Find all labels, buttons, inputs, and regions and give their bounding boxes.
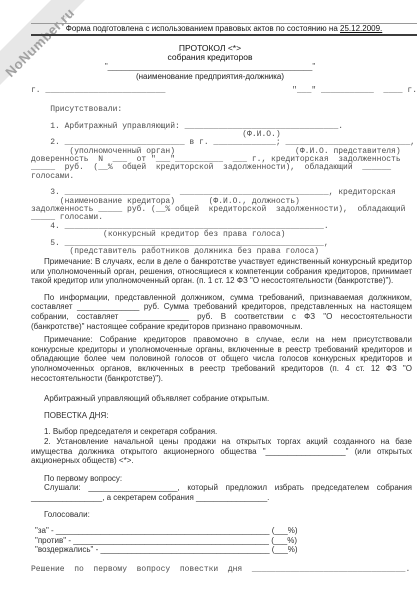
first-question-heading: По первому вопросу: <box>31 474 412 484</box>
debtor-name-caption: (наименование предприятия-должника) <box>0 72 420 81</box>
attendee-5-caption: (представитель работников должника без п… <box>31 248 419 256</box>
attendees-heading: Присутствовали: <box>31 106 419 114</box>
doc-subtitle: собрания кредиторов <box>0 53 420 62</box>
claims-info: По информации, представленной должником,… <box>31 293 412 331</box>
voting-heading: Голосовали: <box>31 510 412 520</box>
header-notice: Форма подготовлена с использованием прав… <box>31 23 417 36</box>
vote-for-line: "за" - _________________________________… <box>35 526 412 536</box>
agenda-heading: ПОВЕСТКА ДНЯ: <box>31 411 412 421</box>
city-date-row: г. _________________________ "___" _____… <box>31 86 417 95</box>
attendee-2-debt-line: _____ руб. (__% общей кредиторской задол… <box>31 164 419 172</box>
meeting-open-line: Арбитражный управляющий объявляет собран… <box>31 394 412 404</box>
first-question-heard: Слушали: ____________________, который п… <box>31 483 412 502</box>
note-single-creditor: Примечание: В случаях, если в деле о бан… <box>31 257 412 286</box>
attendees-section: Присутствовали: 1. Арбитражный управляющ… <box>31 106 419 256</box>
vote-abstained-line: "воздержались" - _______________________… <box>35 545 412 555</box>
decision-line: Решение по первому вопросу повестки дня … <box>31 565 412 575</box>
date-blank: "___" ___________ ____ г. <box>292 86 417 95</box>
header-notice-date: 25.12.2009. <box>340 24 382 33</box>
note-quorum: Примечание: Собрание кредиторов правомоч… <box>31 335 412 383</box>
agenda-item-2: 2. Установление начальной цены продажи н… <box>31 437 412 466</box>
debtor-name-blank: "_______________________________________… <box>0 62 420 72</box>
header-notice-text: Форма подготовлена с использованием прав… <box>66 24 340 33</box>
title-block: ПРОТОКОЛ <*> собрания кредиторов "______… <box>0 44 420 81</box>
city-blank: г. _________________________ <box>31 86 165 95</box>
document-page: NoNumber.ru Форма подготовлена с использ… <box>0 0 420 600</box>
body-section: Примечание: В случаях, если в деле о бан… <box>31 257 412 574</box>
vote-against-line: "против" - _____________________________… <box>35 536 412 546</box>
agenda-item-1: 1. Выбор председателя и секретаря собран… <box>31 427 412 437</box>
attendee-2-votes-line: голосами. <box>31 173 419 181</box>
